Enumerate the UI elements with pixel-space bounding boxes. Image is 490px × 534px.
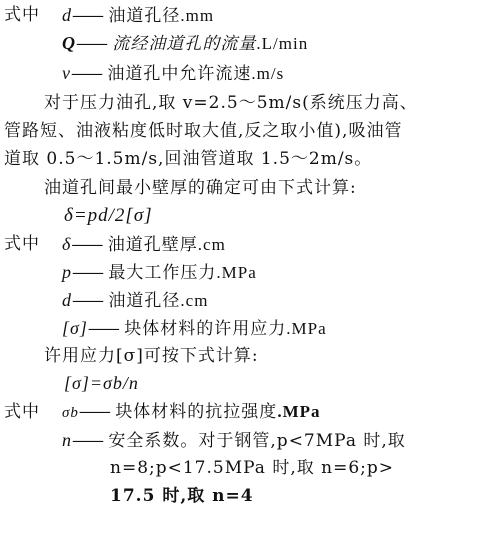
definition-d-cm: d—— 油道孔径.cm <box>62 289 208 312</box>
definition-q: Q—— 流经油道孔的流量.L/min <box>62 32 308 55</box>
formula-wall-thickness: δ=pd/2[σ] <box>64 205 153 227</box>
definition-text: 块体材料的抗拉强度 <box>115 402 277 422</box>
symbol: p <box>62 262 72 282</box>
definition-text: 流经油道孔的流量 <box>112 34 256 54</box>
dash: —— <box>72 263 102 283</box>
symbol: d <box>62 290 72 310</box>
paragraph-line: 道取 0.5～1.5m/s,回油管道取 1.5～2m/s。 <box>4 148 372 170</box>
symbol: n <box>62 430 72 450</box>
unit: .cm <box>198 235 226 254</box>
symbol: d <box>62 5 72 25</box>
symbol: v <box>62 63 71 83</box>
dash: —— <box>72 6 102 26</box>
symbol: σb <box>62 405 79 421</box>
paragraph-line: 对于压力油孔,取 v=2.5～5m/s(系统压力高、 <box>44 92 418 114</box>
dash: —— <box>72 431 102 451</box>
definition-v: v—— 油道孔中允许流速.m/s <box>62 62 284 85</box>
definition-text: 油道孔中允许流速 <box>107 64 251 84</box>
dash: —— <box>76 34 106 54</box>
paragraph-line: 许用应力[σ]可按下式计算: <box>44 345 259 367</box>
definition-text: 油道孔壁厚 <box>108 235 198 255</box>
definition-text: 块体材料的许用应力 <box>124 319 286 339</box>
unit: .MPa <box>277 402 320 421</box>
definition-text: 油道孔径 <box>108 291 180 311</box>
unit: .m/s <box>251 64 284 83</box>
symbol: δ <box>62 234 71 254</box>
continuation-line: n=8;p<17.5MPa 时,取 n=6;p> <box>110 457 394 479</box>
definition-text: 油道孔径 <box>108 6 180 26</box>
dash: —— <box>88 319 118 339</box>
shizhong-label: 式中 <box>4 401 40 423</box>
unit: .MPa <box>286 319 326 338</box>
shizhong-label: 式中 <box>4 4 40 26</box>
continuation-line: 17.5 时,取 n=4 <box>110 485 254 507</box>
unit: .L/min <box>256 34 308 53</box>
definition-text: 最大工作压力 <box>108 263 216 283</box>
definition-p: p—— 最大工作压力.MPa <box>62 261 257 284</box>
definition-n: n—— 安全系数。对于钢管,p<7MPa 时,取 <box>62 429 406 452</box>
formula-allowable-stress: [σ]=σb/n <box>64 372 139 394</box>
shizhong-label: 式中 <box>4 233 40 255</box>
dash: —— <box>71 235 101 255</box>
symbol: [σ] <box>62 318 88 338</box>
symbol: Q <box>62 33 76 53</box>
dash: —— <box>71 64 101 84</box>
definition-allowable-stress: [σ]—— 块体材料的许用应力.MPa <box>62 317 327 340</box>
dash: —— <box>79 402 109 422</box>
unit: .mm <box>180 6 214 25</box>
unit: .MPa <box>216 263 256 282</box>
unit: .cm <box>180 291 208 310</box>
dash: —— <box>72 291 102 311</box>
paragraph-line: 管路短、油液粘度低时取大值,反之取小值),吸油管 <box>4 120 402 142</box>
paragraph-line: 油道孔间最小壁厚的确定可由下式计算: <box>44 177 357 199</box>
definition-text: 安全系数。对于钢管,p<7MPa 时,取 <box>108 431 405 451</box>
